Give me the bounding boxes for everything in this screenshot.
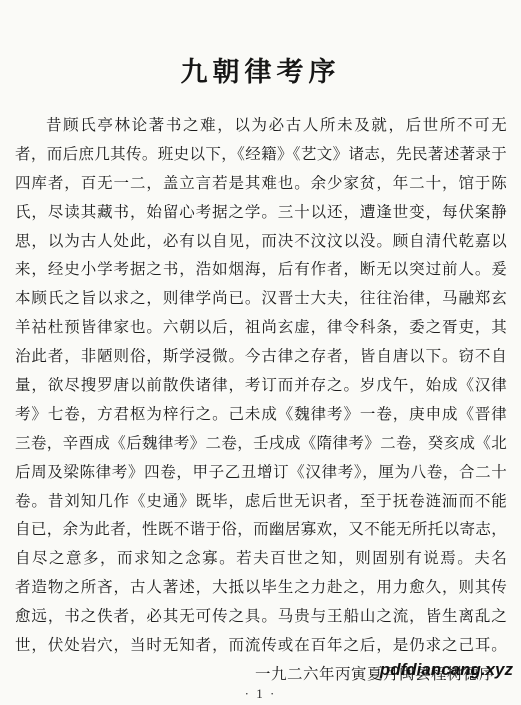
- text-line: 治此者，非陋则俗，斯学浸微。今古律之存者，皆自唐以下。窃不自: [15, 343, 507, 372]
- body-text: 昔顾氏亭林论著书之难，以为必古人所未及就，后世所不可无者，而后庶几其传。班史以下…: [15, 112, 507, 690]
- text-line: 羊祜杜预皆律家也。六朝以后，祖尚玄虚，律令科条，委之胥吏，其: [15, 314, 507, 343]
- text-line: 考》七卷，方君枢为梓行之。己未成《魏律考》一卷，庚申成《晋律考》: [15, 401, 507, 430]
- text-line: 卷。昔刘知几作《史通》既毕，虑后世无识者，至于抚卷涟洏而不能: [15, 488, 507, 517]
- text-line: 世，伏处岩穴，当时无知者，而流传或在百年之后，是仍求之己耳。: [15, 632, 507, 661]
- text-line: 本顾氏之旨以求之，则律学尚已。汉晋士大夫，往往治律，马融郑玄: [15, 285, 507, 314]
- text-line: 昔顾氏亭林论著书之难，以为必古人所未及就，后世所不可无: [15, 112, 507, 141]
- text-line: 后周及梁陈律考》四卷，甲子乙丑增订《汉律考》，厘为八卷，合二十: [15, 459, 507, 488]
- text-line: 量，欲尽搜罗唐以前散佚诸律，考订而并存之。岁戊午，始成《汉律: [15, 372, 507, 401]
- text-line: 愈远，书之佚者，必其无可传之具。马贵与王船山之流，皆生离乱之: [15, 603, 507, 632]
- text-line: 氏，尽读其藏书，始留心考据之学。三十以还，遭逢世变，每伏案静: [15, 199, 507, 228]
- text-line: 者，而后庶几其传。班史以下，《经籍》《艺文》诸志，先民著述著录于: [15, 141, 507, 170]
- page-number: · 1 ·: [0, 686, 521, 702]
- text-line: 自尽之意多，而求知之念寡。若夫百世之知，则固别有说焉。夫名: [15, 545, 507, 574]
- page-title: 九朝律考序: [0, 50, 521, 89]
- scanned-book-page: 九朝律考序 昔顾氏亭林论著书之难，以为必古人所未及就，后世所不可无者，而后庶几其…: [0, 0, 521, 705]
- text-line: 者造物之所吝，古人著述，大抵以毕生之力赴之，用力愈久，则其传: [15, 574, 507, 603]
- text-line: 三卷，辛酉成《后魏律考》二卷，壬戌成《隋律考》二卷，癸亥成《北齐: [15, 430, 507, 459]
- text-line: 思，以为古人处此，必有以自见，而决不汶汶以没。顾自清代乾嘉以: [15, 228, 507, 257]
- text-line: 来，经史小学考据之书，浩如烟海，后有作者，断无以突过前人。爰: [15, 256, 507, 285]
- text-line: 自已，余为此者，性既不谐于俗，而幽居寡欢，又不能无所托以寄志，: [15, 516, 507, 545]
- watermark: pdfdiancang.xyz: [380, 661, 513, 680]
- text-line: 四库者，百无一二，盖立言若是其难也。余少家贫，年二十，馆于陈: [15, 170, 507, 199]
